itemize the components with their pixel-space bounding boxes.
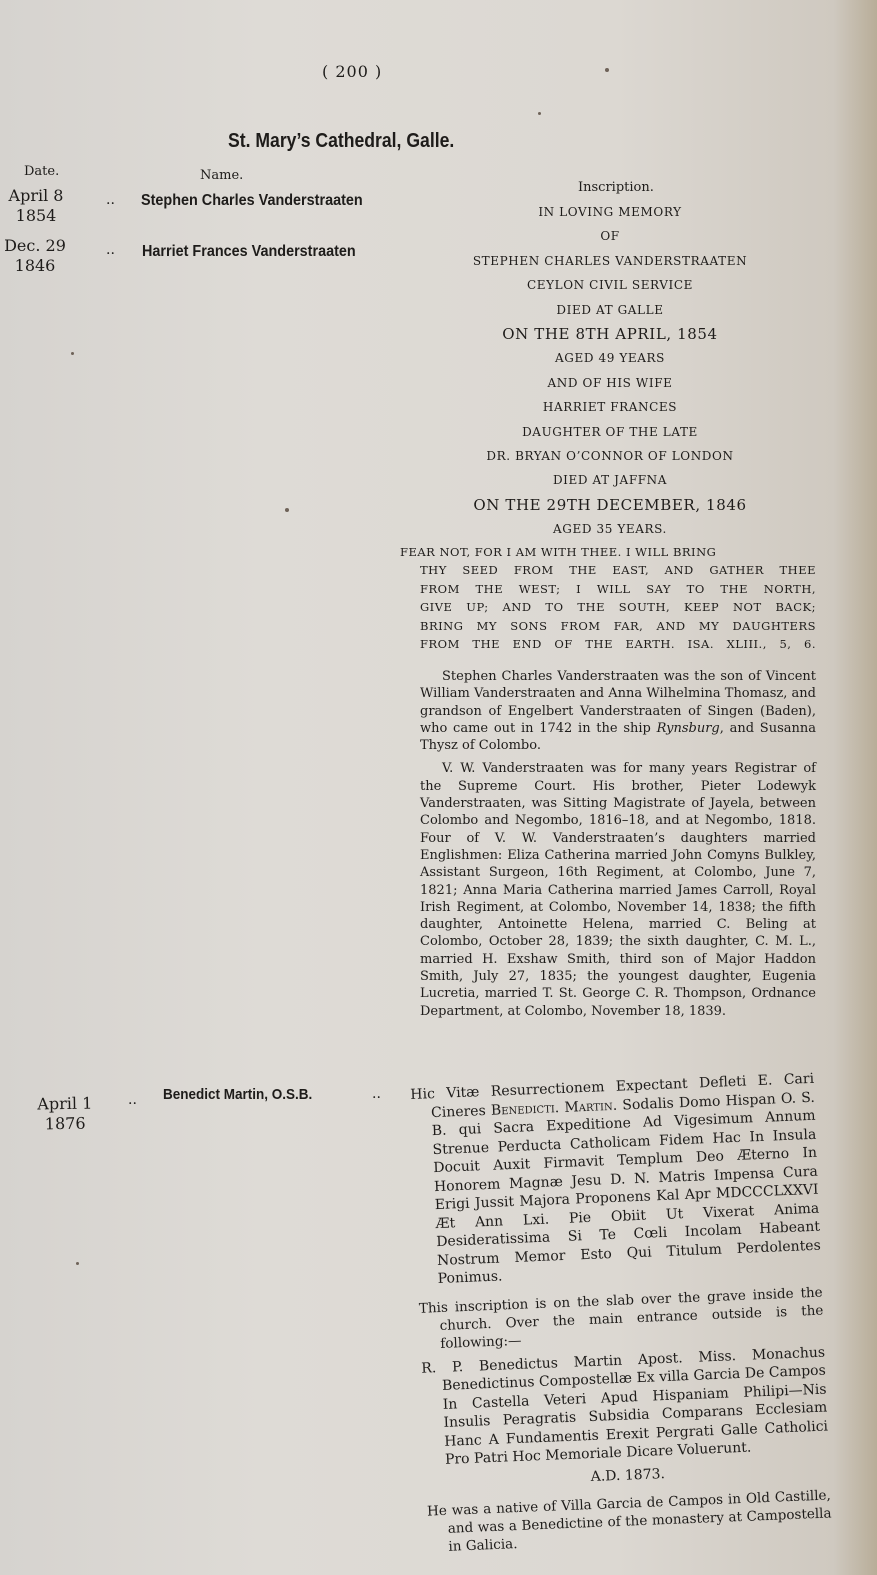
name-column-header: Name. [200,168,243,183]
inscription-line: AGED 49 YEARS [440,346,780,370]
entry-date: Dec. 29 1846 [2,236,68,276]
verse-line: FEAR NOT, FOR I AM WITH THEE. I WILL BRI… [400,543,816,561]
entry-date-day: Dec. 29 [2,236,68,256]
latin-epitaph: Hic Vitæ Resurrectionem Expectant Deflet… [410,1070,822,1290]
verse-line: BRING MY SONS FROM FAR, AND MY DAUGHTERS [400,617,816,635]
page-title: St. Mary’s Cathedral, Galle. [228,130,454,153]
leader-dots: .. [106,242,115,258]
date-column-header: Date. [24,164,59,179]
entry-date-year: 1854 [6,206,66,226]
paper-speck [605,68,609,72]
paper-speck [71,352,74,355]
verse-line: FROM THE END OF THE EARTH. ISA. XLIII., … [400,635,816,653]
page-number: ( 200 ) [322,62,382,81]
ship-name: Rynsburg [657,721,720,736]
leader-dots: .. [128,1092,137,1108]
inscription-line: CEYLON CIVIL SERVICE [440,273,780,297]
paper-speck [285,508,289,512]
paper-speck [538,112,541,115]
note-paragraph: V. W. Vanderstraaten was for many years … [420,760,816,1019]
leader-dots: .. [372,1086,381,1102]
verse-line: THY SEED FROM THE EAST, AND GATHER THEE [400,561,816,579]
inscription-column-header: Inscription. [578,180,654,195]
inscription-line: DR. BRYAN O’CONNOR OF LONDON [440,444,780,468]
leader-dots: .. [106,192,115,208]
note-paragraph: Stephen Charles Vanderstraaten was the s… [420,668,816,754]
native-note: He was a native of Villa Garcia de Campo… [427,1486,833,1556]
entry-name: Benedict Martin, O.S.B. [163,1086,312,1103]
inscription-line: AGED 35 YEARS. [440,517,780,541]
deceased-name: Benedicti. Martin. [491,1097,618,1118]
entry-date-day: April 8 [6,186,66,206]
inscription-line: DIED AT JAFFNA [440,468,780,492]
inscription-line: ON THE 8TH APRIL, 1854 [440,322,780,346]
verse-line: GIVE UP; AND TO THE SOUTH, KEEP NOT BACK… [400,598,816,616]
biographical-notes: Stephen Charles Vanderstraaten was the s… [420,668,816,1026]
inscription-line: DAUGHTER OF THE LATE [440,420,780,444]
entry-date: April 1 1876 [30,1093,101,1134]
scripture-verse: FEAR NOT, FOR I AM WITH THEE. I WILL BRI… [400,543,816,653]
paper-speck [76,1262,79,1265]
inscription-line: HARRIET FRANCES [440,395,780,419]
inscription-line: DIED AT GALLE [440,298,780,322]
inscription-line: OF [440,224,780,248]
entry-name: Harriet Frances Vanderstraaten [142,243,356,261]
inscription-memorial: IN LOVING MEMORY OF STEPHEN CHARLES VAND… [440,200,780,541]
entry-date: April 8 1854 [6,186,66,226]
inscription-line: AND OF HIS WIFE [440,371,780,395]
inscription-line: ON THE 29TH DECEMBER, 1846 [440,493,780,517]
inscription-line: IN LOVING MEMORY [440,200,780,224]
entry-date-year: 1876 [30,1113,100,1134]
latin-entrance-inscription: R. P. Benedictus Martin Apost. Miss. Mon… [421,1343,829,1470]
inscription-line: STEPHEN CHARLES VANDERSTRAATEN [440,249,780,273]
verse-line: FROM THE WEST; I WILL SAY TO THE NORTH, [400,580,816,598]
inscription-latin: Hic Vitæ Resurrectionem Expectant Deflet… [410,1070,833,1557]
entry-name: Stephen Charles Vanderstraaten [141,192,363,210]
entry-date-day: April 1 [30,1093,100,1114]
slab-note: This inscription is on the slab over the… [419,1283,825,1353]
entry-date-year: 1846 [2,256,68,276]
